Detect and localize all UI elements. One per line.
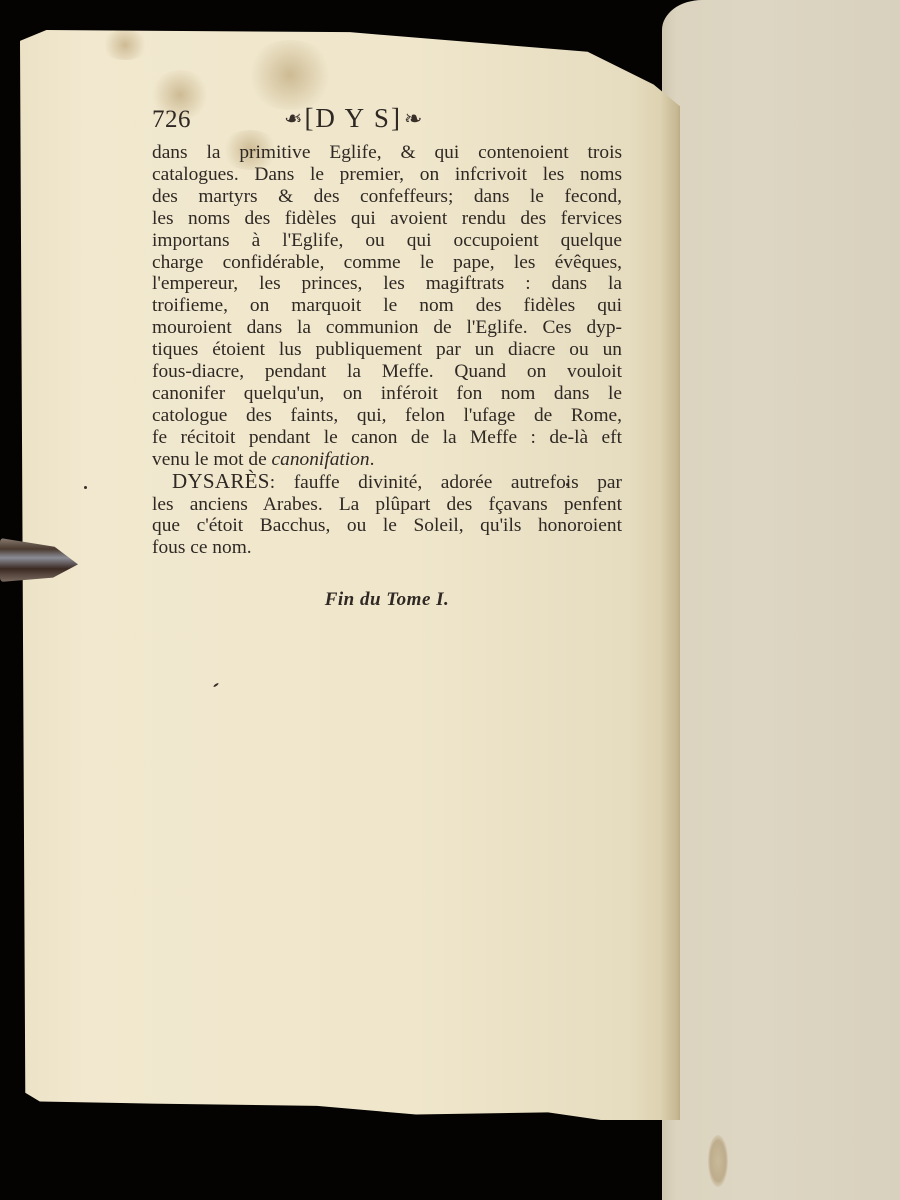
text-line: troifieme, on marquoit le nom des fidèle… bbox=[152, 295, 622, 317]
text-block: 726 ❧ [D Y S] ❧ dans la primitive Eglife… bbox=[152, 100, 622, 611]
text-line: fous ce nom. bbox=[152, 537, 622, 559]
text-line: les noms des fidèles qui avoient rendu d… bbox=[152, 208, 622, 230]
body-text: dans la primitive Eglife, & qui contenoi… bbox=[152, 142, 622, 611]
right-blank-page bbox=[662, 0, 900, 1200]
paper-stain bbox=[708, 1135, 728, 1187]
text-line: fous-diacre, pendant la Meffe. Quand on … bbox=[152, 361, 622, 383]
text-line: tiques étoient lus publiquement par un d… bbox=[152, 339, 622, 361]
text-line: catologue des faints, qui, felon l'ufage… bbox=[152, 405, 622, 427]
colophon: Fin du Tome I. bbox=[152, 589, 622, 611]
text-line: les anciens Arabes. La plûpart des fçava… bbox=[152, 494, 622, 516]
text-line: charge confidérable, comme le pape, les … bbox=[152, 252, 622, 274]
page-number: 726 bbox=[152, 106, 191, 134]
text-line: canonifer quelqu'un, on inféroit fon nom… bbox=[152, 383, 622, 405]
text-line: catalogues. Dans le premier, on infcrivo… bbox=[152, 164, 622, 186]
text-line: que c'étoit Bacchus, ou le Soleil, qu'il… bbox=[152, 515, 622, 537]
entry-first-line: DYSARÈS: fauffe divinité, adorée autrefo… bbox=[152, 471, 622, 494]
text-line: l'empereur, les princes, les magiftrats … bbox=[152, 273, 622, 295]
foxing-spot bbox=[100, 30, 150, 60]
text-line: mouroient dans la communion de l'Eglife.… bbox=[152, 317, 622, 339]
running-head: 726 ❧ [D Y S] ❧ bbox=[152, 100, 622, 138]
gutter-shadow bbox=[660, 90, 682, 1150]
italic-term: canonifation bbox=[272, 449, 370, 470]
text-line: venu le mot de canonifation. bbox=[152, 449, 622, 471]
text-line: importans à l'Eglife, ou qui occupoient … bbox=[152, 230, 622, 252]
text-line: des martyrs & des confeffeurs; dans le f… bbox=[152, 186, 622, 208]
entry-definition-start: : fauffe divinité, adorée autrefois par bbox=[270, 472, 622, 493]
text-fragment: . bbox=[370, 449, 375, 470]
entry-headword: DYSARÈS bbox=[172, 469, 270, 493]
fleuron-icon: ❧ bbox=[282, 106, 302, 132]
text-line: fe récitoit pendant le canon de la Meffe… bbox=[152, 427, 622, 449]
running-head-title: ❧ [D Y S] ❧ bbox=[282, 103, 424, 134]
text-fragment: venu le mot de bbox=[152, 449, 272, 470]
book-photo: 726 ❧ [D Y S] ❧ dans la primitive Eglife… bbox=[0, 0, 900, 1200]
fleuron-icon: ❧ bbox=[404, 106, 424, 132]
head-letters: [D Y S] bbox=[304, 103, 402, 134]
text-line: dans la primitive Eglife, & qui contenoi… bbox=[152, 142, 622, 164]
speck bbox=[84, 486, 87, 489]
